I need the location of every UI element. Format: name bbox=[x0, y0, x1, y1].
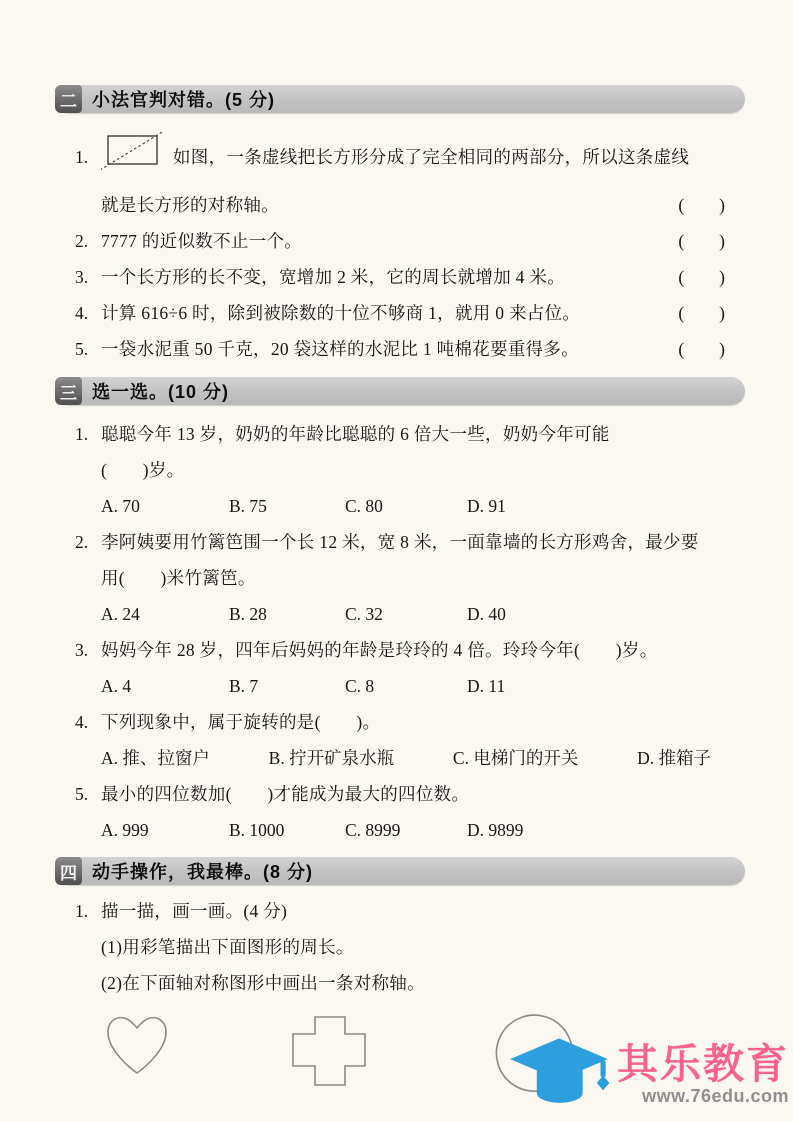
choice-items: 1. 聪聪今年 13 岁，奶奶的年龄比聪聪的 6 倍大一些，奶奶今年可能 ( )… bbox=[55, 416, 745, 848]
option-c: C. 电梯门的开关 bbox=[453, 740, 578, 776]
worksheet-page: 二 小法官判对错。(5 分) 1. 如图，一条虚线把长方形分成了完全相同的两部分… bbox=[0, 0, 793, 1122]
option-b: B. 75 bbox=[229, 488, 345, 524]
section-choice-title: 选一选。(10 分) bbox=[92, 378, 229, 404]
choice-item-3-line-1: 3. 妈妈今年 28 岁，四年后妈妈的年龄是玲玲的 4 倍。玲玲今年( )岁。 bbox=[55, 632, 745, 668]
question-number: 1. bbox=[75, 416, 101, 452]
question-text: 一袋水泥重 50 千克，20 袋这样的水泥比 1 吨棉花要重得多。 bbox=[101, 331, 579, 367]
option-b: B. 28 bbox=[229, 596, 345, 632]
section-choice-header: 三 选一选。(10 分) bbox=[55, 377, 745, 405]
option-a: A. 999 bbox=[101, 812, 229, 848]
choice-item-3-options: A. 4 B. 7 C. 8 D. 11 bbox=[101, 668, 745, 704]
option-b: B. 7 bbox=[229, 668, 345, 704]
question-text: 7777 的近似数不止一个。 bbox=[101, 223, 302, 259]
option-c: C. 32 bbox=[345, 596, 467, 632]
answer-bracket: ( ) bbox=[678, 295, 725, 331]
section-hands-on-title: 动手操作，我最棒。(8 分) bbox=[92, 858, 313, 884]
question-number: 5. bbox=[75, 331, 101, 367]
judge-item-4: 4. 计算 616÷6 时，除到被除数的十位不够商 1，就用 0 来占位。 ( … bbox=[55, 295, 745, 331]
cross-icon bbox=[290, 1014, 368, 1093]
option-c: C. 8999 bbox=[345, 812, 467, 848]
question-text: 如图，一条虚线把长方形分成了完全相同的两部分，所以这条虚线 bbox=[173, 146, 689, 168]
option-c: C. 8 bbox=[345, 668, 467, 704]
option-b: B. 拧开矿泉水瓶 bbox=[269, 740, 394, 776]
judge-item-2: 2. 7777 的近似数不止一个。 ( ) bbox=[55, 223, 745, 259]
heart-icon bbox=[100, 1011, 174, 1084]
hands-on-sub-1: (1)用彩笔描出下面图形的周长。 bbox=[55, 929, 745, 965]
question-number: 1. bbox=[75, 134, 101, 180]
question-text: 一个长方形的长不变，宽增加 2 米，它的周长就增加 4 米。 bbox=[101, 259, 565, 295]
question-text: 李阿姨要用竹篱笆围一个长 12 米，宽 8 米，一面靠墙的长方形鸡舍，最少要 bbox=[101, 524, 699, 560]
graduation-cap-icon bbox=[507, 1031, 611, 1116]
question-number: 1. bbox=[75, 893, 101, 929]
question-text: 聪聪今年 13 岁，奶奶的年龄比聪聪的 6 倍大一些，奶奶今年可能 bbox=[101, 416, 610, 452]
choice-item-4-options: A. 推、拉窗户 B. 拧开矿泉水瓶 C. 电梯门的开关 D. 推箱子 bbox=[101, 740, 745, 776]
option-d: D. 推箱子 bbox=[637, 740, 711, 776]
choice-item-2-line-2: 用( )米竹篱笆。 bbox=[55, 560, 745, 596]
choice-item-1-line-2: ( )岁。 bbox=[55, 452, 745, 488]
option-a: A. 4 bbox=[101, 668, 229, 704]
sub-question-text: (1)用彩笔描出下面图形的周长。 bbox=[101, 929, 354, 965]
site-logo: 其乐教育 www.76edu.com bbox=[507, 1031, 789, 1116]
question-text: 描一描，画一画。(4 分) bbox=[101, 893, 287, 929]
hands-on-item-1: 1. 描一描，画一画。(4 分) bbox=[55, 893, 745, 929]
section-judge-badge: 二 bbox=[55, 85, 82, 113]
option-c: C. 80 bbox=[345, 488, 467, 524]
section-hands-on-header: 四 动手操作，我最棒。(8 分) bbox=[55, 857, 745, 885]
rectangle-diagonal-figure bbox=[101, 128, 165, 189]
choice-item-2-line-1: 2. 李阿姨要用竹篱笆围一个长 12 米，宽 8 米，一面靠墙的长方形鸡舍，最少… bbox=[55, 524, 745, 560]
question-text: 就是长方形的对称轴。 bbox=[101, 187, 279, 223]
site-url: www.76edu.com bbox=[642, 1086, 789, 1106]
option-d: D. 9899 bbox=[467, 812, 745, 848]
logo-text: 其乐教育 www.76edu.com bbox=[617, 1042, 789, 1106]
section-judge-header: 二 小法官判对错。(5 分) bbox=[55, 85, 745, 113]
answer-bracket: ( ) bbox=[678, 259, 725, 295]
answer-bracket: ( ) bbox=[678, 331, 725, 367]
option-d: D. 40 bbox=[467, 596, 745, 632]
question-text: 计算 616÷6 时，除到被除数的十位不够商 1，就用 0 来占位。 bbox=[101, 295, 580, 331]
option-a: A. 推、拉窗户 bbox=[101, 740, 210, 776]
choice-item-4-line-1: 4. 下列现象中，属于旋转的是( )。 bbox=[55, 704, 745, 740]
question-text: 妈妈今年 28 岁，四年后妈妈的年龄是玲玲的 4 倍。玲玲今年( )岁。 bbox=[101, 632, 658, 668]
question-number: 3. bbox=[75, 632, 101, 668]
sub-question-text: (2)在下面轴对称图形中画出一条对称轴。 bbox=[101, 965, 425, 1001]
option-a: A. 70 bbox=[101, 488, 229, 524]
question-number: 3. bbox=[75, 259, 101, 295]
choice-item-1-options: A. 70 B. 75 C. 80 D. 91 bbox=[101, 488, 745, 524]
option-b: B. 1000 bbox=[229, 812, 345, 848]
question-text: 下列现象中，属于旋转的是( )。 bbox=[101, 704, 380, 740]
section-hands-on-badge: 四 bbox=[55, 857, 82, 885]
judge-item-1-line-2: 就是长方形的对称轴。 ( ) bbox=[55, 187, 745, 223]
judge-item-1-line-1: 1. 如图，一条虚线把长方形分成了完全相同的两部分，所以这条虚线 bbox=[55, 126, 745, 187]
judge-item-3: 3. 一个长方形的长不变，宽增加 2 米，它的周长就增加 4 米。 ( ) bbox=[55, 259, 745, 295]
option-a: A. 24 bbox=[101, 596, 229, 632]
question-text: 最小的四位数加( )才能成为最大的四位数。 bbox=[101, 776, 469, 812]
question-number: 2. bbox=[75, 524, 101, 560]
answer-bracket: ( ) bbox=[678, 223, 725, 259]
question-text: 用( )米竹篱笆。 bbox=[101, 560, 256, 596]
answer-bracket: ( ) bbox=[678, 187, 725, 223]
option-d: D. 11 bbox=[467, 668, 745, 704]
option-d: D. 91 bbox=[467, 488, 745, 524]
choice-item-5-options: A. 999 B. 1000 C. 8999 D. 9899 bbox=[101, 812, 745, 848]
choice-item-5-line-1: 5. 最小的四位数加( )才能成为最大的四位数。 bbox=[55, 776, 745, 812]
brand-name: 其乐教育 bbox=[617, 1042, 789, 1086]
question-text: ( )岁。 bbox=[101, 452, 184, 488]
section-judge-title: 小法官判对错。(5 分) bbox=[92, 86, 275, 112]
question-number: 4. bbox=[75, 704, 101, 740]
judge-item-5: 5. 一袋水泥重 50 千克，20 袋这样的水泥比 1 吨棉花要重得多。 ( ) bbox=[55, 331, 745, 367]
question-number: 2. bbox=[75, 223, 101, 259]
choice-item-1-line-1: 1. 聪聪今年 13 岁，奶奶的年龄比聪聪的 6 倍大一些，奶奶今年可能 bbox=[55, 416, 745, 452]
choice-item-2-options: A. 24 B. 28 C. 32 D. 40 bbox=[101, 596, 745, 632]
judge-items: 1. 如图，一条虚线把长方形分成了完全相同的两部分，所以这条虚线 就是长方形的对… bbox=[55, 126, 745, 367]
section-choice-badge: 三 bbox=[55, 377, 82, 405]
question-number: 4. bbox=[75, 295, 101, 331]
question-number: 5. bbox=[75, 776, 101, 812]
hands-on-sub-2: (2)在下面轴对称图形中画出一条对称轴。 bbox=[55, 965, 745, 1001]
